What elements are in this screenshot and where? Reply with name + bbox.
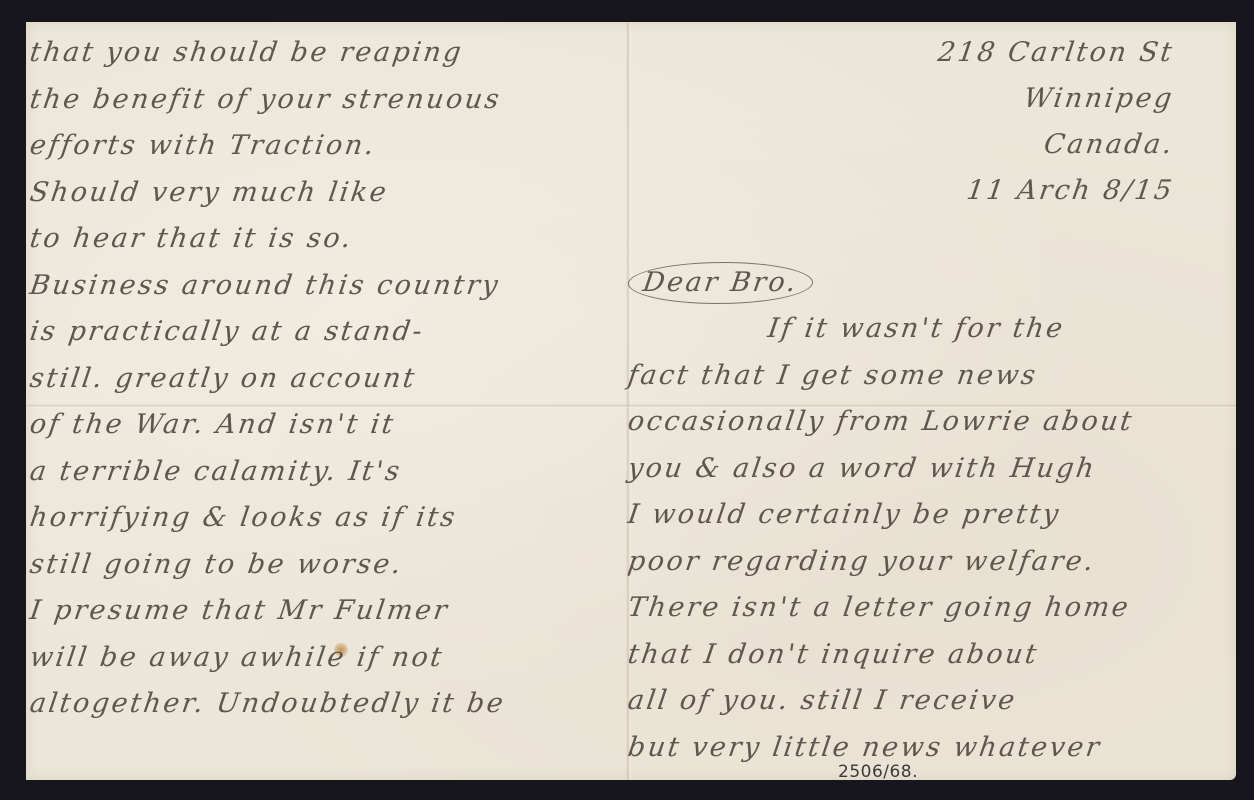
left-line-9: of the War. And isn't it bbox=[27, 402, 604, 449]
right-page-body: If it wasn't for the fact that I get som… bbox=[628, 306, 1134, 771]
left-line-4: Should very much like bbox=[27, 170, 604, 217]
salutation-text: Dear Bro. bbox=[625, 262, 816, 304]
left-line-11: horrifying & looks as if its bbox=[27, 495, 604, 542]
left-line-12: still going to be worse. bbox=[27, 542, 604, 589]
left-line-6: Business around this country bbox=[27, 263, 604, 310]
left-line-1: that you should be reaping bbox=[27, 30, 604, 77]
left-line-14: will be away awhile if not bbox=[27, 635, 604, 682]
address-street: 218 Carlton St bbox=[935, 30, 1177, 76]
right-line-4: you & also a word with Hugh bbox=[625, 446, 1137, 493]
right-line-7: There isn't a letter going home bbox=[625, 585, 1137, 632]
salutation: Dear Bro. bbox=[628, 262, 813, 304]
archive-reference-number: 2506/68. bbox=[838, 762, 918, 782]
letter-date: 11 Arch 8/15 bbox=[935, 168, 1177, 214]
address-country: Canada. bbox=[935, 122, 1177, 168]
address-city: Winnipeg bbox=[935, 76, 1177, 122]
right-line-8: that I don't inquire about bbox=[625, 632, 1137, 679]
sender-address: 218 Carlton St Winnipeg Canada. 11 Arch … bbox=[938, 30, 1174, 214]
left-line-5: to hear that it is so. bbox=[27, 216, 604, 263]
left-line-10: a terrible calamity. It's bbox=[27, 449, 604, 496]
left-line-3: efforts with Traction. bbox=[27, 123, 604, 170]
left-line-8: still. greatly on account bbox=[27, 356, 604, 403]
right-line-3: occasionally from Lowrie about bbox=[625, 399, 1137, 446]
right-line-2: fact that I get some news bbox=[625, 353, 1137, 400]
right-line-9: all of you. still I receive bbox=[625, 678, 1137, 725]
left-line-15: altogether. Undoubtedly it be bbox=[27, 681, 604, 728]
left-line-7: is practically at a stand- bbox=[27, 309, 604, 356]
left-line-2: the benefit of your strenuous bbox=[27, 77, 604, 124]
right-line-6: poor regarding your welfare. bbox=[625, 539, 1137, 586]
right-line-5: I would certainly be pretty bbox=[625, 492, 1137, 539]
left-line-13: I presume that Mr Fulmer bbox=[27, 588, 604, 635]
right-line-1: If it wasn't for the bbox=[625, 306, 1137, 353]
left-page: that you should be reaping the benefit o… bbox=[30, 30, 600, 728]
